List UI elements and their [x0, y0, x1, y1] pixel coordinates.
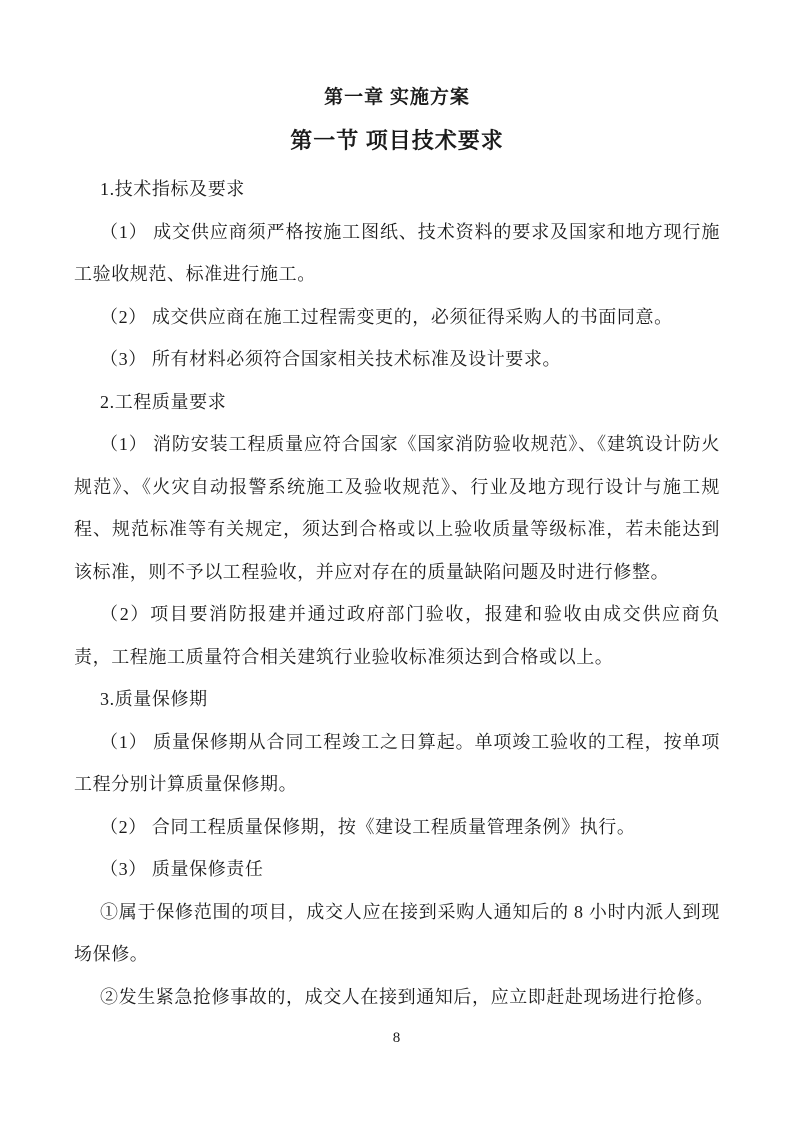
page-content: 第一章 实施方案 第一节 项目技术要求 1.技术指标及要求 （1） 成交供应商须…	[74, 86, 720, 1018]
paragraph: （3） 质量保修责任	[74, 848, 720, 891]
paragraph: （1） 质量保修期从合同工程竣工之日算起。单项竣工验收的工程，按单项工程分别计算…	[74, 721, 720, 806]
document-page: 第一章 实施方案 第一节 项目技术要求 1.技术指标及要求 （1） 成交供应商须…	[0, 0, 793, 1122]
paragraph: （2） 合同工程质量保修期，按《建设工程质量管理条例》执行。	[74, 806, 720, 849]
section-heading: 第一节 项目技术要求	[74, 126, 720, 156]
paragraph: （1） 消防安装工程质量应符合国家《国家消防验收规范》、《建筑设计防火规范》、《…	[74, 423, 720, 593]
paragraph: （2）项目要消防报建并通过政府部门验收，报建和验收由成交供应商负责，工程施工质量…	[74, 593, 720, 678]
paragraph: ②发生紧急抢修事故的，成交人在接到通知后，应立即赶赴现场进行抢修。	[74, 976, 720, 1019]
paragraph: （3） 所有材料必须符合国家相关技术标准及设计要求。	[74, 338, 720, 381]
paragraph-item-1: 1.技术指标及要求	[74, 168, 720, 211]
paragraph-item-3: 3.质量保修期	[74, 678, 720, 721]
page-number: 8	[0, 1028, 793, 1048]
paragraph: （1） 成交供应商须严格按施工图纸、技术资料的要求及国家和地方现行施工验收规范、…	[74, 211, 720, 296]
paragraph: ①属于保修范围的项目，成交人应在接到采购人通知后的 8 小时内派人到现场保修。	[74, 891, 720, 976]
body-text: 1.技术指标及要求 （1） 成交供应商须严格按施工图纸、技术资料的要求及国家和地…	[74, 168, 720, 1018]
chapter-heading: 第一章 实施方案	[74, 86, 720, 110]
paragraph: （2） 成交供应商在施工过程需变更的，必须征得采购人的书面同意。	[74, 296, 720, 339]
paragraph-item-2: 2.工程质量要求	[74, 381, 720, 424]
